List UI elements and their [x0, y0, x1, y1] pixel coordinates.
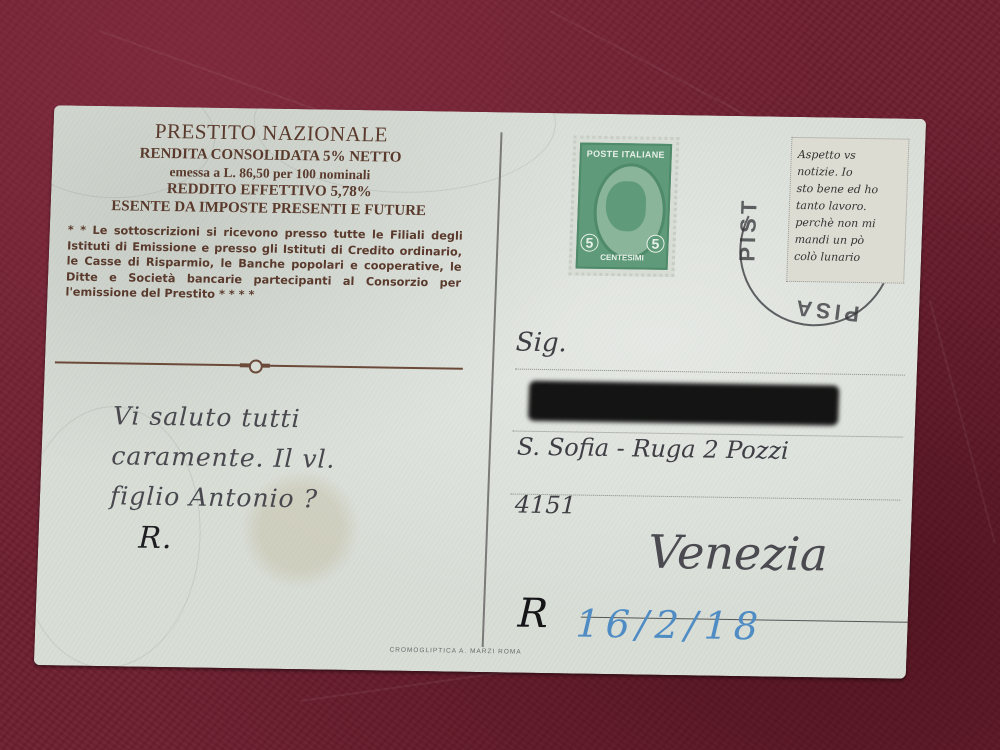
address-city: Venezia: [647, 525, 828, 582]
message-line: Vi saluto tutti: [112, 396, 337, 440]
ad-body-text: * * Le sottoscrizioni si ricevono presso…: [65, 223, 463, 307]
note-line: Aspetto vs: [798, 146, 903, 165]
stamp-bottom-text: CENTESIMI: [578, 253, 666, 263]
address-line: [515, 369, 905, 376]
message-signature: R.: [138, 519, 333, 562]
postcard: PRESTITO NAZIONALE RENDITA CONSOLIDATA 5…: [34, 105, 926, 678]
note-line: sto bene ed ho: [796, 180, 901, 199]
note-line: colò lunario: [794, 248, 899, 267]
handwritten-note-slip: Aspetto vs notizie. Io sto bene ed ho ta…: [786, 137, 909, 284]
note-line: mandi un pò: [794, 231, 899, 250]
ornamental-divider: [55, 355, 463, 375]
printer-credit: CROMOGLIPTICA A. MARZI ROMA: [389, 647, 521, 656]
stamp-value-right: 5: [646, 235, 665, 253]
king-portrait-icon: [605, 181, 647, 232]
address-title: Sig.: [515, 328, 567, 359]
handwritten-message: Vi saluto tutti caramente. Il vl. figlio…: [108, 396, 338, 561]
redaction-bar: [528, 381, 839, 426]
postage-stamp: POSTE ITALIANE 5 5 CENTESIMI: [568, 135, 679, 277]
stamp-face: POSTE ITALIANE 5 5 CENTESIMI: [576, 143, 673, 270]
address-street: S. Sofia - Ruga 2 Pozzi: [517, 433, 790, 465]
advertisement-block: PRESTITO NAZIONALE RENDITA CONSOLIDATA 5…: [55, 117, 482, 306]
note-line: perchè non mi: [795, 214, 900, 233]
note-line: notizie. Io: [797, 163, 902, 182]
stamp-top-text: POSTE ITALIANE: [582, 149, 670, 160]
address-number: 4151: [514, 491, 576, 520]
message-line: caramente. Il vl.: [111, 436, 336, 480]
vertical-divider: [482, 132, 502, 647]
note-line: tanto lavoro.: [796, 197, 901, 216]
postmark-text-left: PIST: [734, 197, 762, 262]
message-line: figlio Antonio ?: [109, 476, 334, 520]
receipt-mark: R: [517, 591, 549, 637]
divider-knot-icon: [240, 358, 271, 372]
leather-crease: [929, 301, 996, 543]
received-date: 16/2/18: [575, 602, 765, 649]
ad-title: PRESTITO NAZIONALE: [61, 117, 482, 149]
stamp-value-left: 5: [580, 234, 599, 252]
